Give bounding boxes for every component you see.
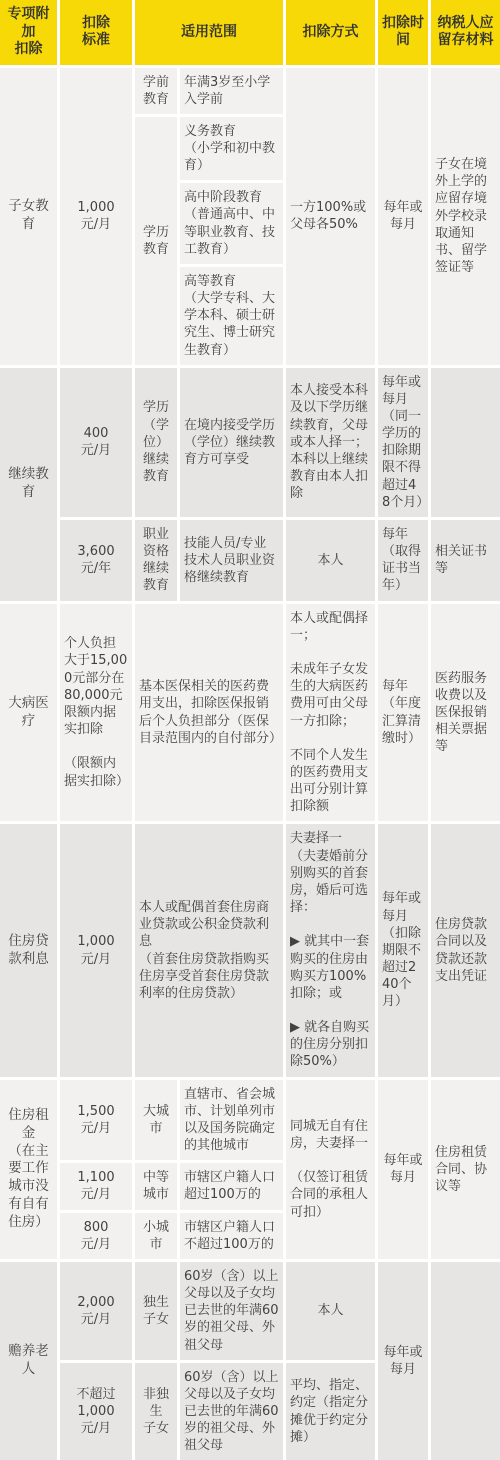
elderly-support-only-child-scope: 60岁（含）以上父母以及子女均已去世的年满60岁的祖父母、外祖父母 bbox=[180, 1262, 283, 1360]
continuing-education-degree-scope: 在境内接受学历（学位）继续教育方可享受 bbox=[180, 368, 283, 517]
header-time: 扣除时间 bbox=[378, 0, 428, 65]
children-education-standard: 1,000 元/月 bbox=[60, 68, 132, 365]
elderly-support-non-only-child-standard: 不超过 1,000 元/月 bbox=[60, 1363, 132, 1460]
housing-rent-materials: 住房租赁合同、协议等 bbox=[431, 1080, 500, 1259]
medical-time: 每年 （年度汇算清缴时） bbox=[378, 604, 428, 822]
section-elderly-support: 赡养老人 2,000 元/月 独生 子女 60岁（含）以上父母以及子女均已去世的… bbox=[0, 1262, 500, 1460]
section-children-education: 子女教育 1,000 元/月 学前 教育 年满3岁至小学 入学前 学历 教育 义… bbox=[0, 68, 500, 365]
children-education-materials: 子女在境外上学的应留存境外学校录取通知书、留学签证等 bbox=[431, 68, 500, 365]
medical-method: 本人或配偶择一； 未成年子女发生的大病医药费用可由父母一方扣除； 不同个人发生的… bbox=[286, 604, 375, 822]
table-header: 专项附加 扣除 扣除 标准 适用范围 扣除方式 扣除时间 纳税人应 留存材料 bbox=[0, 0, 500, 65]
housing-rent-small-city-category: 小城市 bbox=[135, 1213, 177, 1259]
mortgage-interest-materials: 住房贷款合同以及贷款还款支出凭证 bbox=[431, 824, 500, 1076]
elderly-support-only-child-category: 独生 子女 bbox=[135, 1262, 177, 1360]
continuing-education-vocational-method: 本人 bbox=[286, 520, 375, 601]
elderly-support-materials bbox=[431, 1262, 500, 1460]
deduction-table: 专项附加 扣除 扣除 标准 适用范围 扣除方式 扣除时间 纳税人应 留存材料 子… bbox=[0, 0, 500, 1460]
continuing-education-degree-method: 本人接受本科及以下学历继续教育，父母或本人择一；本科以上继续教育由本人扣除 bbox=[286, 368, 375, 517]
continuing-education-degree-standard: 400 元/月 bbox=[60, 368, 132, 517]
housing-rent-method: 同城无自有住房，夫妻择一 （仅签订租赁合同的承租人可扣） bbox=[286, 1080, 375, 1259]
continuing-education-vocational-category: 职业资格继续教育 bbox=[135, 520, 177, 601]
mortgage-interest-scope: 本人或配偶首套住房商业贷款或公积金贷款利息 （首套住房贷款指购买住房享受首套住房… bbox=[135, 824, 283, 1076]
header-deduction-item: 专项附加 扣除 bbox=[0, 0, 57, 65]
mortgage-interest-standard: 1,000 元/月 bbox=[60, 824, 132, 1076]
continuing-education-vocational-standard: 3,600 元/年 bbox=[60, 520, 132, 601]
elderly-support-non-only-child-method: 平均、指定、约定（指定分摊优于约定分摊） bbox=[286, 1363, 375, 1460]
housing-rent-small-city-standard: 800 元/月 bbox=[60, 1213, 132, 1259]
continuing-education-degree-materials bbox=[431, 368, 500, 517]
elderly-support-non-only-child-category: 非独生 子女 bbox=[135, 1363, 177, 1460]
housing-rent-large-city-scope: 直辖市、省会城市、计划单列市以及国务院确定的其他城市 bbox=[180, 1080, 283, 1161]
housing-rent-large-city-standard: 1,500 元/月 bbox=[60, 1080, 132, 1161]
continuing-education-vocational-materials: 相关证书等 bbox=[431, 520, 500, 601]
housing-rent-medium-city-standard: 1,100 元/月 bbox=[60, 1163, 132, 1209]
section-housing-rent: 住房租金 （在主要工作城市没有自有住房） 1,500 元/月 大城市 直辖市、省… bbox=[0, 1080, 500, 1259]
mortgage-interest-label: 住房贷款利息 bbox=[0, 824, 57, 1076]
continuing-education-degree-time: 每年或每月（同一学历的扣除期限不得超过48个月） bbox=[378, 368, 428, 517]
elderly-support-only-child-method: 本人 bbox=[286, 1262, 375, 1360]
housing-rent-medium-city-category: 中等 城市 bbox=[135, 1163, 177, 1209]
children-education-highschool-scope: 高中阶段教育 （普通高中、中等职业教育、技工教育） bbox=[180, 183, 283, 264]
medical-materials: 医药服务收费以及医保报销相关票据等 bbox=[431, 604, 500, 822]
housing-rent-large-city-category: 大城市 bbox=[135, 1080, 177, 1161]
elderly-support-non-only-child-scope: 60岁（含）以上父母以及子女均已去世的年满60岁的祖父母、外祖父母 bbox=[180, 1363, 283, 1460]
children-education-compulsory-scope: 义务教育 （小学和初中教育） bbox=[180, 117, 283, 180]
section-mortgage-interest: 住房贷款利息 1,000 元/月 本人或配偶首套住房商业贷款或公积金贷款利息 （… bbox=[0, 824, 500, 1076]
children-education-higher-scope: 高等教育 （大学专科、大学本科、硕士研究生、博士研究生教育） bbox=[180, 267, 283, 365]
children-education-time: 每年或 每月 bbox=[378, 68, 428, 365]
header-materials: 纳税人应 留存材料 bbox=[431, 0, 500, 65]
header-method: 扣除方式 bbox=[286, 0, 375, 65]
mortgage-interest-time: 每年或每月（扣除期限不超过240个月） bbox=[378, 824, 428, 1076]
continuing-education-vocational-scope: 技能人员/专业技术人员职业资格继续教育 bbox=[180, 520, 283, 601]
children-education-preschool-scope: 年满3岁至小学 入学前 bbox=[180, 68, 283, 114]
housing-rent-label: 住房租金 （在主要工作城市没有自有住房） bbox=[0, 1080, 57, 1259]
children-education-method: 一方100%或父母各50% bbox=[286, 68, 375, 365]
mortgage-interest-method: 夫妻择一 （夫妻婚前分别购买的首套房，婚后可选择： ▶ 就其中一套购买的住房由购… bbox=[286, 824, 375, 1076]
section-medical: 大病医疗 个人负担大于15,000元部分在80,000元限额内据实扣除 （限额内… bbox=[0, 604, 500, 822]
elderly-support-label: 赡养老人 bbox=[0, 1262, 57, 1460]
continuing-education-degree-category: 学历（学位）继续教育 bbox=[135, 368, 177, 517]
children-education-preschool-category: 学前 教育 bbox=[135, 68, 177, 114]
continuing-education-vocational-time: 每年 （取得证书当年） bbox=[378, 520, 428, 601]
housing-rent-time: 每年或 每月 bbox=[378, 1080, 428, 1259]
elderly-support-time: 每年或 每月 bbox=[378, 1262, 428, 1460]
section-continuing-education: 继续教育 400 元/月 学历（学位）继续教育 在境内接受学历（学位）继续教育方… bbox=[0, 368, 500, 601]
header-scope: 适用范围 bbox=[135, 0, 283, 65]
medical-label: 大病医疗 bbox=[0, 604, 57, 822]
continuing-education-label: 继续教育 bbox=[0, 368, 57, 601]
children-education-label: 子女教育 bbox=[0, 68, 57, 365]
medical-scope: 基本医保相关的医药费用支出，扣除医保报销后个人负担部分（医保目录范围内的自付部分… bbox=[135, 604, 283, 822]
medical-standard: 个人负担大于15,000元部分在80,000元限额内据实扣除 （限额内据实扣除） bbox=[60, 604, 132, 822]
housing-rent-small-city-scope: 市辖区户籍人口不超过100万的 bbox=[180, 1213, 283, 1259]
elderly-support-only-child-standard: 2,000 元/月 bbox=[60, 1262, 132, 1360]
children-education-academic-category: 学历 教育 bbox=[135, 117, 177, 365]
header-standard: 扣除 标准 bbox=[60, 0, 132, 65]
housing-rent-medium-city-scope: 市辖区户籍人口超过100万的 bbox=[180, 1163, 283, 1209]
